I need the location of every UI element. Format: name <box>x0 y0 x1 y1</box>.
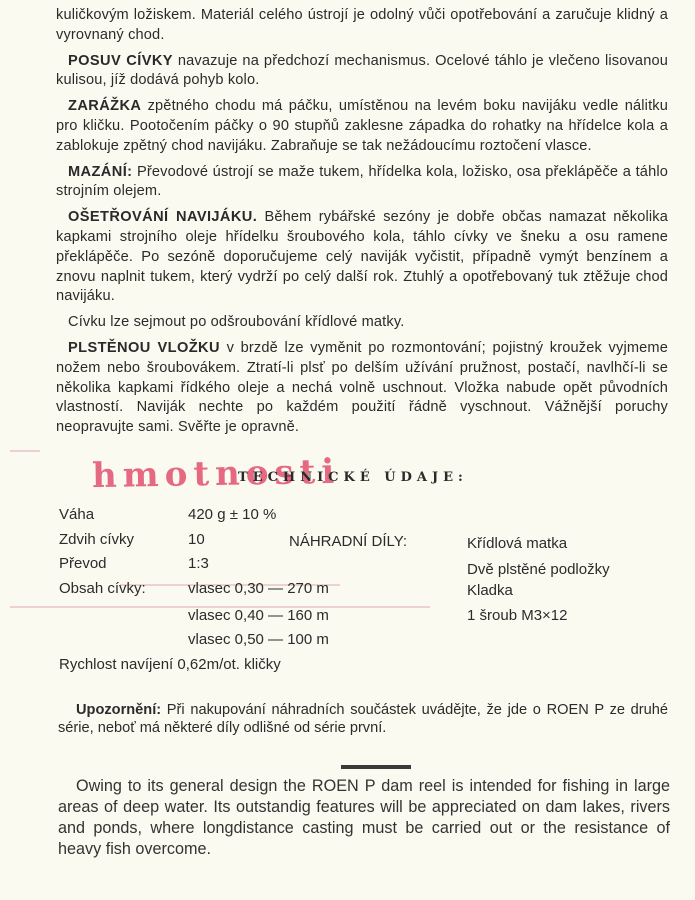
capacity-label: Obsah cívky: <box>59 580 146 597</box>
tech-specs-heading: TECHNICKÉ ÚDAJE: <box>238 470 468 485</box>
weight-value: 420 g ± 10 % <box>188 506 276 523</box>
spare-part-item: Kladka <box>467 582 513 599</box>
spare-part-item: 1 šroub M3×12 <box>467 607 567 624</box>
notice-paragraph: Upozornění: Při nakupování náhradních so… <box>58 702 668 737</box>
stroke-label: Zdvih cívky <box>59 531 134 548</box>
paragraph-lubrication: MAZÁNÍ: Převodové ústrojí se maže tukem,… <box>56 163 668 203</box>
capacity-value: vlasec 0,30 — 270 m <box>188 580 329 597</box>
ratio-label: Převod <box>59 555 107 572</box>
paragraph-felt-insert: PLSTĚNOU VLOŽKU v brzdě lze vyměnit po r… <box>56 339 668 438</box>
paragraph-spool-feed: POSUV CÍVKY navazuje na předchozí mechan… <box>56 52 668 92</box>
weight-label: Váha <box>59 506 94 523</box>
spare-parts-label: NÁHRADNÍ DÍLY: <box>289 533 407 550</box>
capacity-value: vlasec 0,40 — 160 m <box>188 607 329 624</box>
stroke-value: 10 <box>188 531 205 548</box>
spare-part-item: Dvě plstěné podložky <box>467 561 610 578</box>
ratio-value: 1:3 <box>188 555 209 572</box>
paragraph-anti-reverse: ZARÁŽKA zpětného chodu má páčku, umístěn… <box>56 97 668 156</box>
paragraph-maintenance: OŠETŘOVÁNÍ NAVIJÁKU. Během rybářské sezó… <box>56 208 668 307</box>
retrieve-speed: Rychlost navíjení 0,62m/ot. kličky <box>59 656 281 673</box>
instructions-body: kuličkovým ložiskem. Materiál celého úst… <box>56 6 668 444</box>
spare-part-item: Křídlová matka <box>467 535 567 552</box>
paragraph-spool-removal: Cívku lze sejmout po odšroubování křídlo… <box>56 313 668 333</box>
section-divider <box>341 765 411 769</box>
paragraph-bearing: kuličkovým ložiskem. Materiál celého úst… <box>56 6 668 46</box>
ink-smudge <box>10 450 40 452</box>
notice-lead: Upozornění: <box>76 702 161 718</box>
english-paragraph: Owing to its general design the ROEN P d… <box>58 776 670 860</box>
capacity-value: vlasec 0,50 — 100 m <box>188 631 329 648</box>
